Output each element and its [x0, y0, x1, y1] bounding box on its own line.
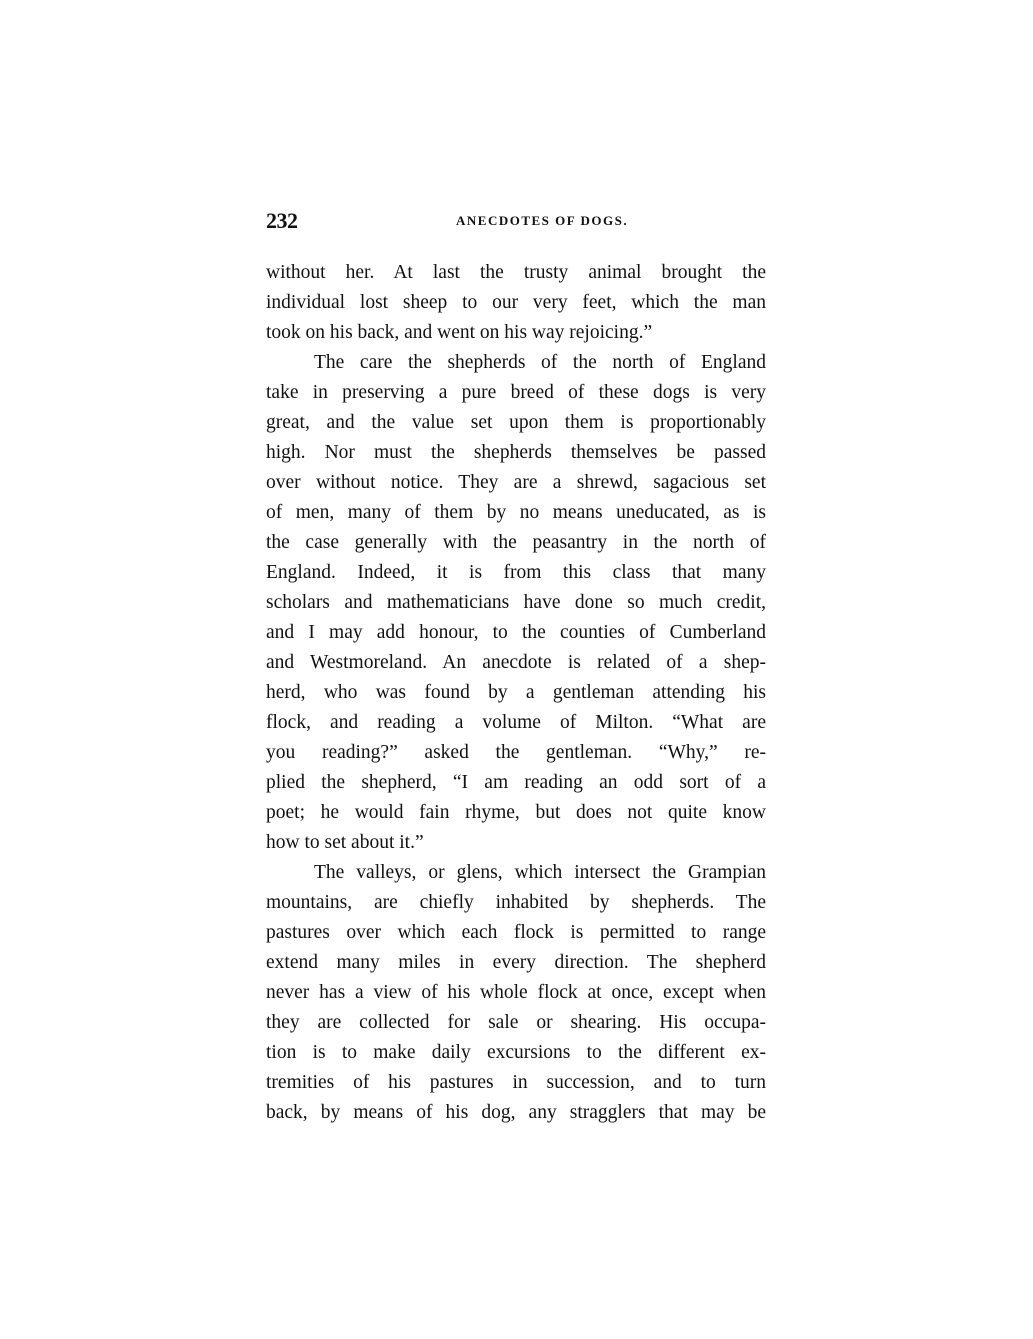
text-line: herd, who was found by a gentleman atten…	[266, 678, 766, 708]
running-head: 232 ANECDOTES OF DOGS.	[266, 208, 766, 238]
text-line: tremities of his pastures in succession,…	[266, 1068, 766, 1098]
running-title: ANECDOTES OF DOGS.	[456, 213, 628, 229]
text-line: extend many miles in every direction. Th…	[266, 948, 766, 978]
text-line: and Westmoreland. An anecdote is related…	[266, 648, 766, 678]
text-line: pastures over which each flock is permit…	[266, 918, 766, 948]
paragraph: without her. At last the trusty animal b…	[266, 258, 766, 348]
text-line: plied the shepherd, “I am reading an odd…	[266, 768, 766, 798]
body-text: without her. At last the trusty animal b…	[266, 258, 766, 1128]
text-line: tion is to make daily excursions to the …	[266, 1038, 766, 1068]
text-line: how to set about it.”	[266, 828, 766, 858]
text-line: England. Indeed, it is from this class t…	[266, 558, 766, 588]
book-page: 232 ANECDOTES OF DOGS. without her. At l…	[0, 0, 1033, 1339]
text-line: scholars and mathematicians have done so…	[266, 588, 766, 618]
text-line: The valleys, or glens, which intersect t…	[266, 858, 766, 888]
paragraph: The valleys, or glens, which intersect t…	[266, 858, 766, 1128]
text-line: never has a view of his whole flock at o…	[266, 978, 766, 1008]
text-line: take in preserving a pure breed of these…	[266, 378, 766, 408]
text-line: flock, and reading a volume of Milton. “…	[266, 708, 766, 738]
page-number: 232	[266, 208, 298, 234]
text-line: great, and the value set upon them is pr…	[266, 408, 766, 438]
paragraph: The care the shepherds of the north of E…	[266, 348, 766, 858]
text-line: you reading?” asked the gentleman. “Why,…	[266, 738, 766, 768]
text-line: back, by means of his dog, any straggler…	[266, 1098, 766, 1128]
text-line: over without notice. They are a shrewd, …	[266, 468, 766, 498]
text-line: the case generally with the peasantry in…	[266, 528, 766, 558]
text-line: they are collected for sale or shearing.…	[266, 1008, 766, 1038]
text-line: without her. At last the trusty animal b…	[266, 258, 766, 288]
text-line: The care the shepherds of the north of E…	[266, 348, 766, 378]
text-line: took on his back, and went on his way re…	[266, 318, 766, 348]
text-line: and I may add honour, to the counties of…	[266, 618, 766, 648]
text-line: high. Nor must the shepherds themselves …	[266, 438, 766, 468]
text-line: individual lost sheep to our very feet, …	[266, 288, 766, 318]
text-line: mountains, are chiefly inhabited by shep…	[266, 888, 766, 918]
text-line: of men, many of them by no means uneduca…	[266, 498, 766, 528]
text-line: poet; he would fain rhyme, but does not …	[266, 798, 766, 828]
